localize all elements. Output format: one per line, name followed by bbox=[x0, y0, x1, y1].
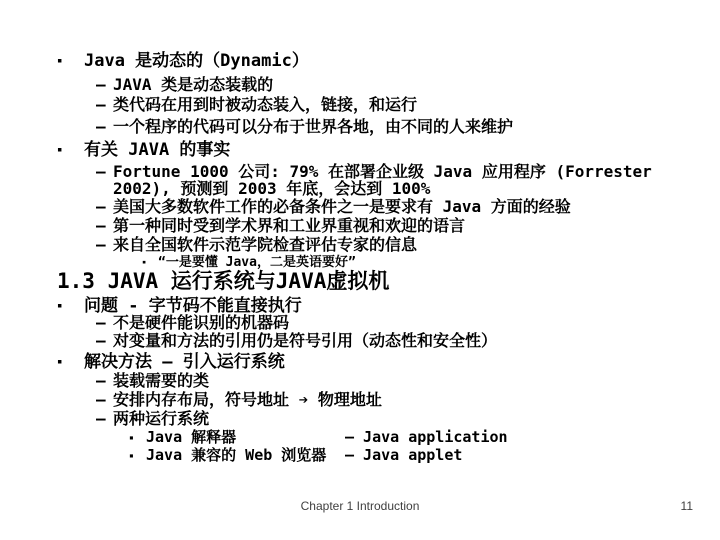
sub-item: – 类代码在用到时被动态装入，链接，和运行 bbox=[96, 96, 417, 113]
runtime-target: – Java application bbox=[345, 429, 508, 446]
dash-bullet-icon: – bbox=[96, 410, 113, 427]
dash-bullet-icon: – bbox=[96, 332, 113, 349]
sub-item-text: 来自全国软件示范学院检查评估专家的信息 bbox=[113, 236, 417, 253]
square-bullet-icon: ▪ bbox=[57, 296, 84, 316]
square-bullet-icon: ▪ bbox=[129, 429, 146, 446]
sub-item-text: 不是硬件能识别的机器码 bbox=[113, 314, 289, 331]
sub-item: – 来自全国软件示范学院检查评估专家的信息 bbox=[96, 236, 417, 253]
runtime-name: Java 兼容的 Web 浏览器 bbox=[146, 447, 345, 464]
sub-item: – 不是硬件能识别的机器码 bbox=[96, 314, 289, 331]
quote-item: ▪ “一是要懂 Java，二是英语要好” bbox=[142, 255, 356, 270]
dash-bullet-icon: – bbox=[96, 118, 113, 135]
dash-bullet-icon: – bbox=[96, 198, 113, 215]
sub-item: – 美国大多数软件工作的必备条件之一是要求有 Java 方面的经验 bbox=[96, 198, 571, 215]
sub-item: – JAVA 类是动态装载的 bbox=[96, 76, 273, 93]
sub-item-text: 类代码在用到时被动态装入，链接，和运行 bbox=[113, 96, 417, 113]
bullet-text: 解决方法 – 引入运行系统 bbox=[84, 352, 285, 372]
dash-bullet-icon: – bbox=[96, 96, 113, 113]
slide-canvas: ▪ Java 是动态的（Dynamic） – JAVA 类是动态装载的 – 类代… bbox=[0, 0, 720, 540]
sub-item-text: Fortune 1000 公司: 79% 在部署企业级 Java 应用程序 (F… bbox=[113, 163, 695, 197]
sub-item-text: 两种运行系统 bbox=[113, 410, 209, 427]
runtime-row: ▪ Java 解释器 – Java application bbox=[129, 429, 508, 446]
bullet-text: Java 是动态的（Dynamic） bbox=[84, 51, 309, 71]
square-bullet-icon: ▪ bbox=[57, 352, 84, 372]
square-bullet-icon: ▪ bbox=[142, 255, 158, 270]
quote-text: “一是要懂 Java，二是英语要好” bbox=[158, 255, 356, 270]
section-heading: 1.3 JAVA 运行系统与JAVA虚拟机 bbox=[57, 269, 389, 293]
square-bullet-icon: ▪ bbox=[57, 140, 84, 160]
sub-item-text: 安排内存布局，符号地址 ➔ 物理地址 bbox=[113, 391, 382, 408]
runtime-target: – Java applet bbox=[345, 447, 462, 464]
sub-item-text: 装载需要的类 bbox=[113, 372, 209, 389]
sub-item: – 装载需要的类 bbox=[96, 372, 209, 389]
sub-item: – 一个程序的代码可以分布于世界各地，由不同的人来维护 bbox=[96, 118, 513, 135]
dash-bullet-icon: – bbox=[96, 236, 113, 253]
footer-chapter-title: Chapter 1 Introduction bbox=[0, 499, 720, 513]
sub-item: – 安排内存布局，符号地址 ➔ 物理地址 bbox=[96, 391, 382, 408]
sub-item: – 对变量和方法的引用仍是符号引用（动态性和安全性） bbox=[96, 332, 497, 349]
runtime-row: ▪ Java 兼容的 Web 浏览器 – Java applet bbox=[129, 447, 462, 464]
sub-item-text: 第一种同时受到学术界和工业界重视和欢迎的语言 bbox=[113, 217, 465, 234]
sub-item-text: 对变量和方法的引用仍是符号引用（动态性和安全性） bbox=[113, 332, 497, 349]
sub-item-text: 美国大多数软件工作的必备条件之一是要求有 Java 方面的经验 bbox=[113, 198, 571, 215]
dash-bullet-icon: – bbox=[96, 217, 113, 234]
square-bullet-icon: ▪ bbox=[57, 51, 84, 71]
sub-item-text: JAVA 类是动态装载的 bbox=[113, 76, 273, 93]
sub-item: – 两种运行系统 bbox=[96, 410, 209, 427]
sub-item-text: 一个程序的代码可以分布于世界各地，由不同的人来维护 bbox=[113, 118, 513, 135]
bullet-item-java-facts: ▪ 有关 JAVA 的事实 bbox=[57, 140, 230, 160]
dash-bullet-icon: – bbox=[96, 163, 113, 180]
footer-page-number: 11 bbox=[681, 499, 693, 513]
dash-bullet-icon: – bbox=[96, 391, 113, 408]
bullet-item-java-dynamic: ▪ Java 是动态的（Dynamic） bbox=[57, 51, 309, 71]
square-bullet-icon: ▪ bbox=[129, 447, 146, 464]
runtime-name: Java 解释器 bbox=[146, 429, 345, 446]
sub-item: – 第一种同时受到学术界和工业界重视和欢迎的语言 bbox=[96, 217, 465, 234]
bullet-item-solution: ▪ 解决方法 – 引入运行系统 bbox=[57, 352, 285, 372]
dash-bullet-icon: – bbox=[96, 76, 113, 93]
dash-bullet-icon: – bbox=[96, 314, 113, 331]
bullet-text: 有关 JAVA 的事实 bbox=[84, 140, 230, 160]
sub-item: – Fortune 1000 公司: 79% 在部署企业级 Java 应用程序 … bbox=[96, 163, 695, 197]
dash-bullet-icon: – bbox=[96, 372, 113, 389]
